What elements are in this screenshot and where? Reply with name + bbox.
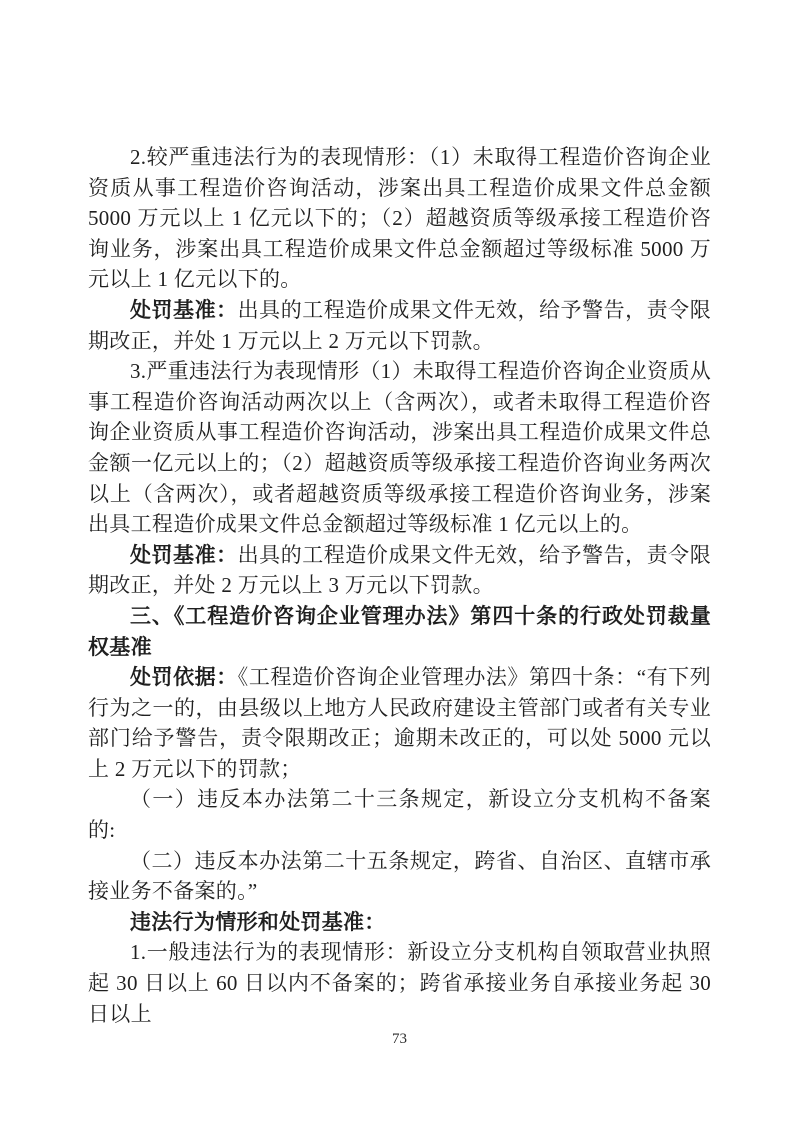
paragraph-text: 3.严重违法行为表现情形（1）未取得工程造价咨询企业资质从事工程造价咨询活动两次… xyxy=(88,359,711,536)
subheading-violation-and-penalty: 违法行为情形和处罚基准： xyxy=(88,907,711,938)
list-item-two: （二）违反本办法第二十五条规定，跨省、自治区、直辖市承接业务不备案的。” xyxy=(88,846,711,907)
document-page: 2.较严重违法行为的表现情形：（1）未取得工程造价咨询企业资质从事工程造价咨询活… xyxy=(0,0,793,1122)
paragraph-text: 2.较严重违法行为的表现情形：（1）未取得工程造价咨询企业资质从事工程造价咨询活… xyxy=(88,145,711,291)
paragraph-text: （二）违反本办法第二十五条规定，跨省、自治区、直辖市承接业务不备案的。” xyxy=(88,849,711,904)
heading-text: 三、《工程造价咨询企业管理办法》第四十条的行政处罚裁量权基准 xyxy=(88,604,711,659)
paragraph-general-violation: 1.一般违法行为的表现情形：新设立分支机构自领取营业执照起 30 日以上 60 … xyxy=(88,937,711,1029)
paragraph-penalty-legal-basis: 处罚依据：《工程造价咨询企业管理办法》第四十条：“有下列行为之一的，由县级以上地… xyxy=(88,662,711,784)
document-body: 2.较严重违法行为的表现情形：（1）未取得工程造价咨询企业资质从事工程造价咨询活… xyxy=(88,142,711,1029)
page-number: 73 xyxy=(88,1031,711,1048)
paragraph-penalty-basis-2: 处罚基准：出具的工程造价成果文件无效，给予警告，责令限期改正，并处 2 万元以上… xyxy=(88,540,711,601)
section-heading-three: 三、《工程造价咨询企业管理办法》第四十条的行政处罚裁量权基准 xyxy=(88,601,711,662)
paragraph-severe2-situations: 2.较严重违法行为的表现情形：（1）未取得工程造价咨询企业资质从事工程造价咨询活… xyxy=(88,142,711,295)
list-item-one: （一）违反本办法第二十三条规定，新设立分支机构不备案的: xyxy=(88,784,711,845)
penalty-basis-label: 处罚基准： xyxy=(130,543,238,567)
paragraph-text: （一）违反本办法第二十三条规定，新设立分支机构不备案的: xyxy=(88,787,711,842)
heading-text: 违法行为情形和处罚基准： xyxy=(130,910,386,934)
paragraph-penalty-basis-1: 处罚基准：出具的工程造价成果文件无效，给予警告，责令限期改正，并处 1 万元以上… xyxy=(88,295,711,356)
paragraph-severe3-situations: 3.严重违法行为表现情形（1）未取得工程造价咨询企业资质从事工程造价咨询活动两次… xyxy=(88,356,711,540)
paragraph-text: 1.一般违法行为的表现情形：新设立分支机构自领取营业执照起 30 日以上 60 … xyxy=(88,940,711,1025)
penalty-basis-label: 处罚基准： xyxy=(130,298,238,322)
penalty-legal-basis-label: 处罚依据： xyxy=(130,665,238,689)
